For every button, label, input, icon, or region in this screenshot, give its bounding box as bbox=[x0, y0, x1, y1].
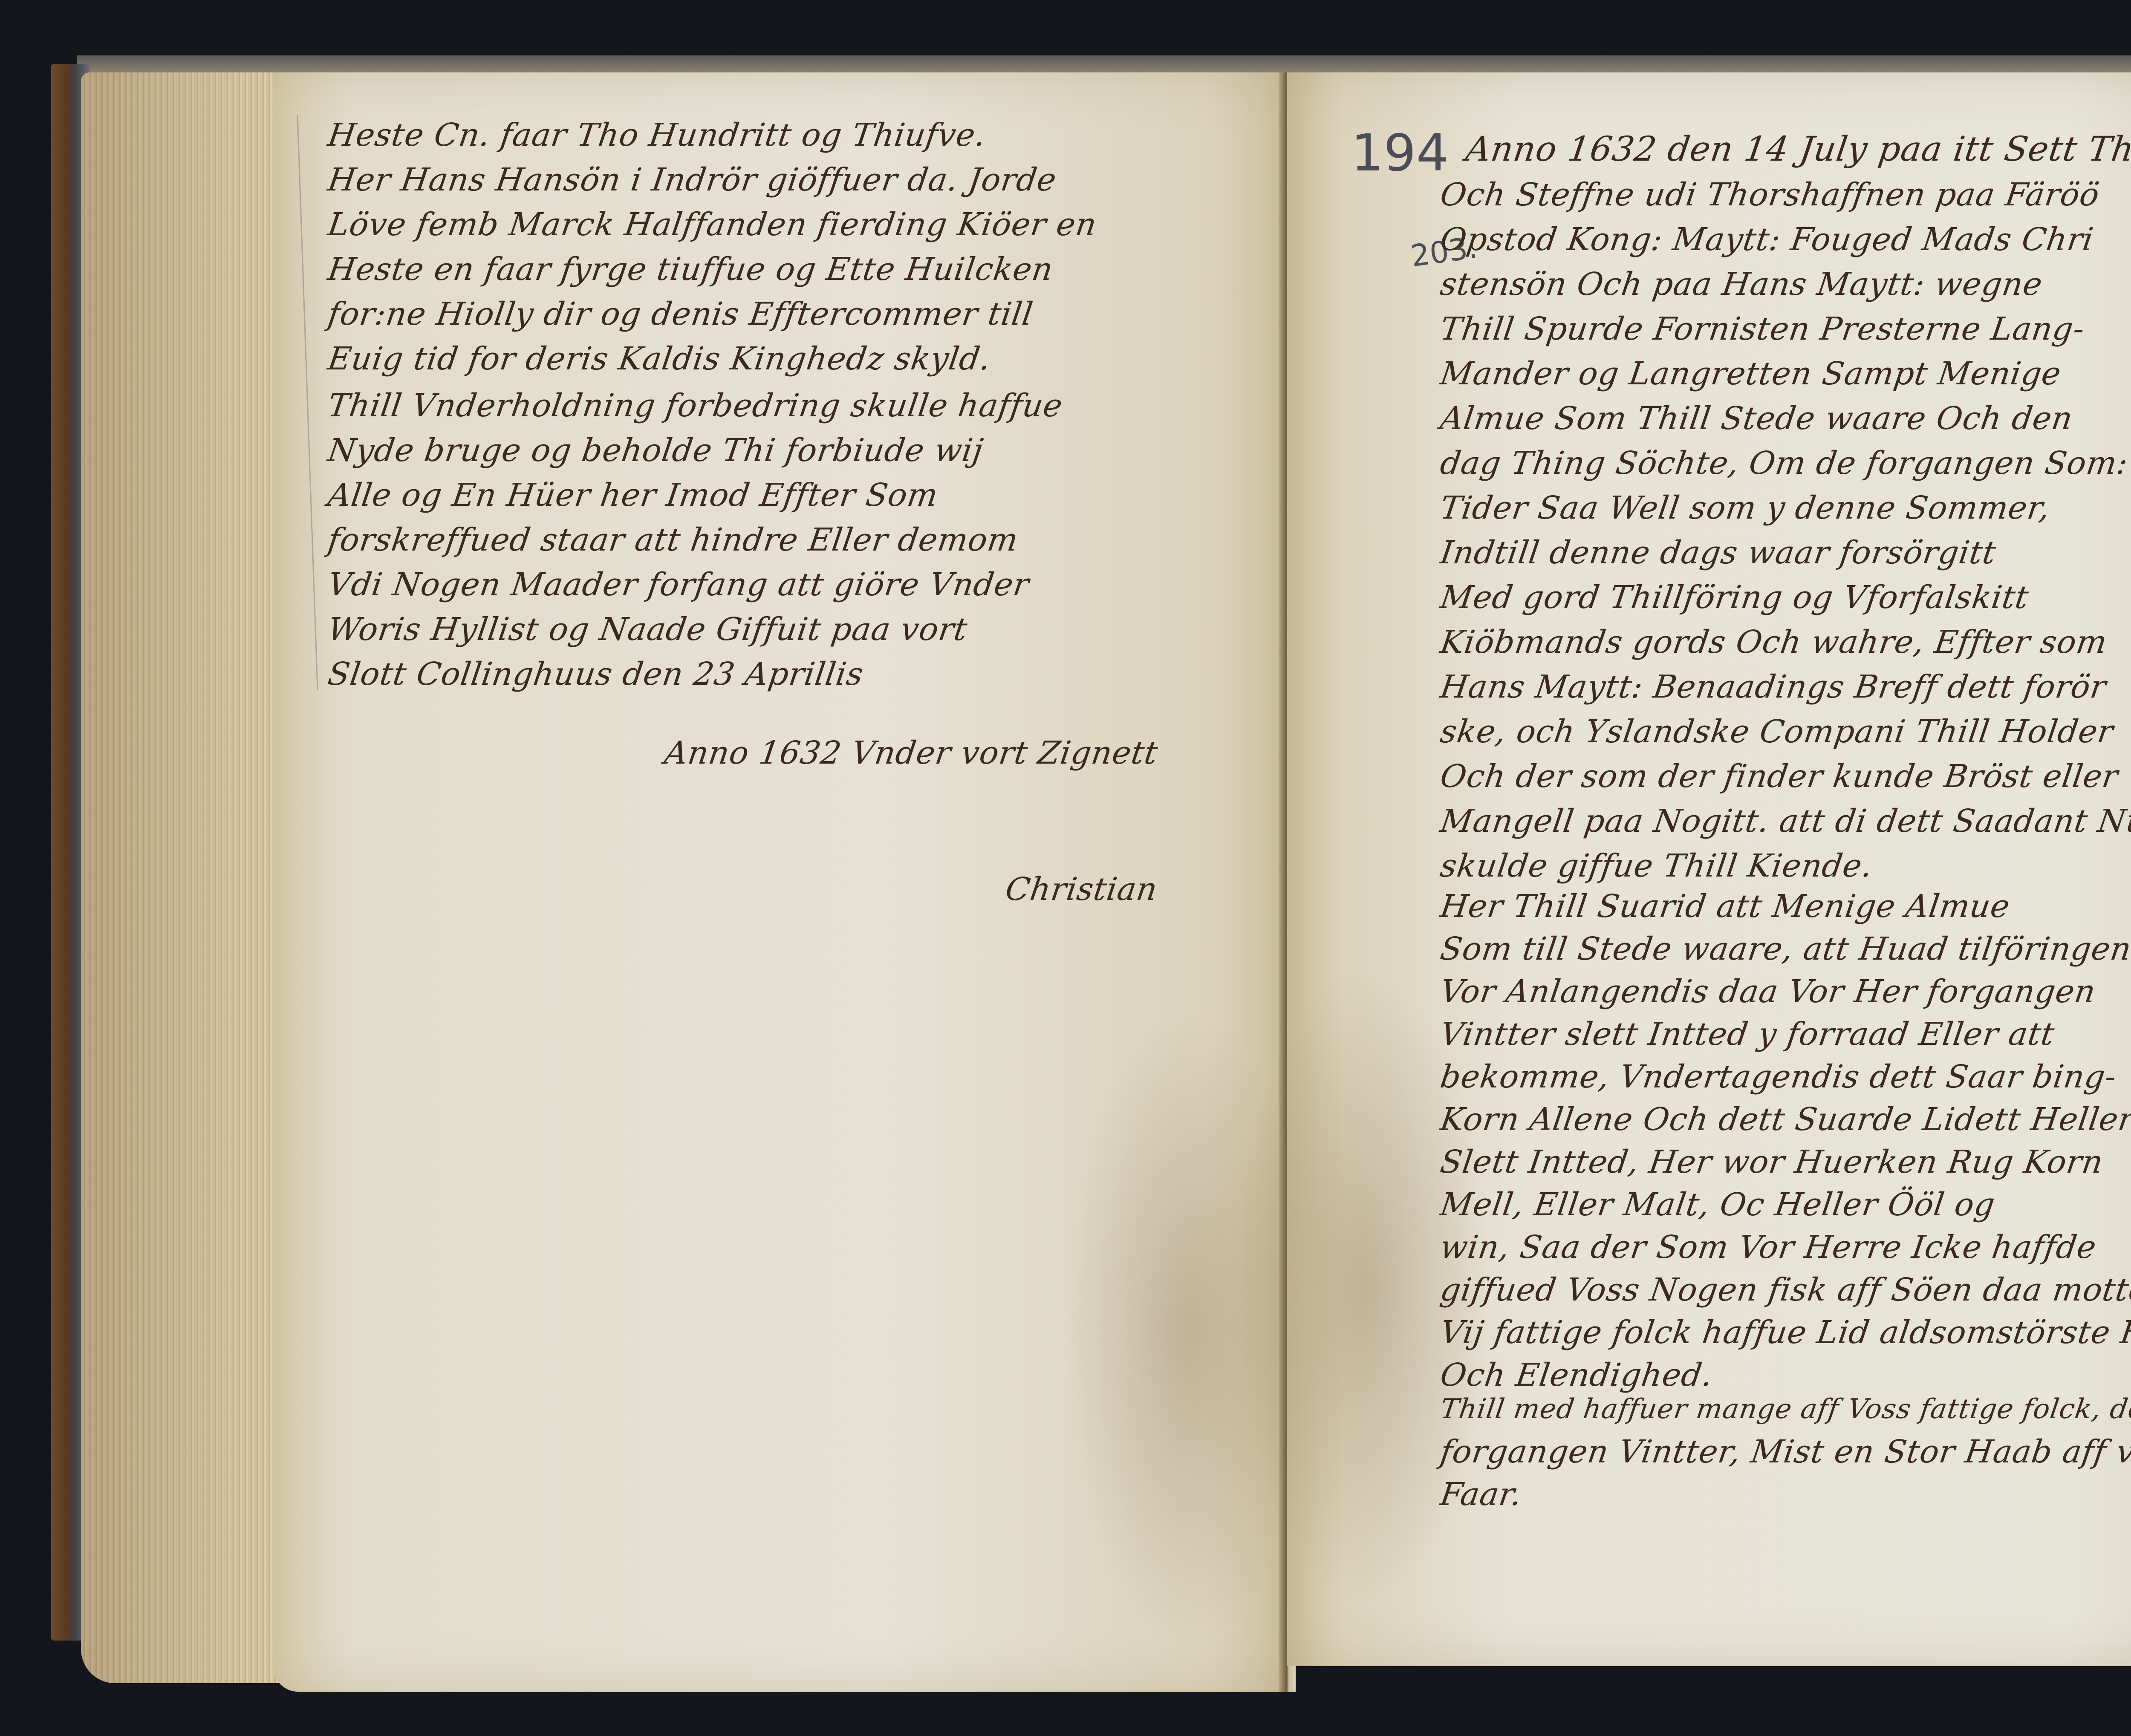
royal-signature: Christian bbox=[1004, 874, 1160, 905]
manuscript-line: Tider Saa Well som y denne Sommer, bbox=[1438, 492, 2052, 524]
manuscript-line: Woris Hyllist og Naade Giffuit paa vort bbox=[326, 614, 970, 645]
manuscript-line: stensön Och paa Hans Maytt: wegne bbox=[1438, 268, 2044, 300]
manuscript-line: Heste en faar fyrge tiuffue og Ette Huil… bbox=[326, 254, 1055, 285]
manuscript-line: Her Hans Hansön i Indrör giöffuer da. Jo… bbox=[326, 164, 1059, 196]
manuscript-line: Kiöbmands gords Och wahre, Effter som bbox=[1438, 626, 2109, 658]
manuscript-line: bekomme, Vndertagendis dett Saar bing- bbox=[1438, 1061, 2119, 1093]
manuscript-line: Indtill denne dags waar forsörgitt bbox=[1438, 537, 1998, 568]
manuscript-line: giffued Voss Nogen fisk aff Söen daa mot… bbox=[1438, 1274, 2131, 1306]
manuscript-line: Faar. bbox=[1438, 1479, 1524, 1510]
manuscript-line: forgangen Vintter, Mist en Stor Haab aff… bbox=[1438, 1436, 2131, 1468]
manuscript-line: skulde giffue Thill Kiende. bbox=[1438, 850, 1875, 882]
folio-number: 194 bbox=[1351, 124, 1449, 183]
manuscript-line: Nyde bruge og beholde Thi forbiude wij bbox=[326, 435, 985, 466]
manuscript-line: Thill Spurde Fornisten Presterne Lang- bbox=[1438, 313, 2087, 345]
manuscript-line: Thill med haffuer mange aff Voss fattige… bbox=[1439, 1396, 2131, 1423]
manuscript-line: Mell, Eller Malt, Oc Heller Ööl og bbox=[1438, 1189, 1997, 1220]
manuscript-line: Vij fattige folck haffue Lid aldsomstörs… bbox=[1438, 1317, 2131, 1348]
manuscript-line: forskreffued staar att hindre Eller demo… bbox=[326, 524, 1020, 556]
manuscript-line: Alle og En Hüer her Imod Effter Som bbox=[326, 479, 940, 511]
manuscript-line: Vor Anlangendis daa Vor Her forgangen bbox=[1438, 976, 2098, 1007]
manuscript-line: Almue Som Thill Stede waare Och den bbox=[1438, 403, 2075, 434]
dated-line: Anno 1632 Vnder vort Zignett bbox=[663, 737, 1160, 769]
open-book: Heste Cn. faar Tho Hundritt og Thiufve. … bbox=[51, 55, 2131, 1692]
manuscript-line: Vintter slett Intted y forraad Eller att bbox=[1438, 1018, 2056, 1050]
manuscript-line: Mangell paa Nogitt. att di dett Saadant … bbox=[1438, 805, 2131, 837]
manuscript-line: Hans Maytt: Benaadings Breff dett forör bbox=[1438, 671, 2108, 703]
book-cover-top-edge bbox=[77, 55, 2131, 72]
manuscript-line: dag Thing Söchte, Om de forgangen Som: bbox=[1438, 447, 2130, 479]
manuscript-line: Löve femb Marck Halffanden fierding Kiöe… bbox=[326, 209, 1099, 240]
manuscript-line: Her Thill Suarid att Menige Almue bbox=[1438, 891, 2012, 922]
right-page: 194 203. Anno 1632 den 14 July paa itt S… bbox=[1287, 72, 2131, 1666]
manuscript-line: Mander og Langretten Sampt Menige bbox=[1438, 358, 2063, 389]
manuscript-line: Med gord Thillföring og Vforfalskitt bbox=[1438, 582, 2031, 613]
manuscript-line: Slott Collinghuus den 23 Aprillis bbox=[326, 658, 866, 690]
manuscript-line: Korn Allene Och dett Suarde Lidett Helle… bbox=[1438, 1104, 2131, 1135]
manuscript-line: Thill Vnderholdning forbedring skulle ha… bbox=[326, 390, 1065, 421]
manuscript-line: Anno 1632 den 14 July paa itt Sett Thing bbox=[1464, 132, 2131, 166]
manuscript-line: Heste Cn. faar Tho Hundritt og Thiufve. bbox=[326, 119, 988, 151]
manuscript-line: ske, och Yslandske Compani Thill Holder bbox=[1438, 716, 2116, 747]
manuscript-line: Euig tid for deris Kaldis Kinghedz skyld… bbox=[326, 343, 993, 375]
manuscript-line: Vdi Nogen Maader forfang att giöre Vnder bbox=[326, 569, 1031, 600]
manuscript-line: for:ne Hiolly dir og denis Efftercommer … bbox=[326, 298, 1035, 330]
manuscript-line: Och der som der finder kunde Bröst eller bbox=[1438, 761, 2120, 792]
manuscript-line: Och Steffne udi Thorshaffnen paa Färöö bbox=[1438, 179, 2102, 211]
margin-rule-line bbox=[297, 115, 318, 690]
left-page: Heste Cn. faar Tho Hundritt og Thiufve. … bbox=[273, 72, 1287, 1692]
manuscript-line: Och Elendighed. bbox=[1438, 1359, 1715, 1391]
manuscript-line: Slett Intted, Her wor Huerken Rug Korn bbox=[1438, 1146, 2105, 1178]
manuscript-line: Opstod Kong: Maytt: Fouged Mads Chri bbox=[1438, 224, 2096, 255]
manuscript-line: win, Saa der Som Vor Herre Icke haffde bbox=[1438, 1231, 2099, 1263]
manuscript-line: Som till Stede waare, att Huad tilföring… bbox=[1438, 933, 2131, 965]
